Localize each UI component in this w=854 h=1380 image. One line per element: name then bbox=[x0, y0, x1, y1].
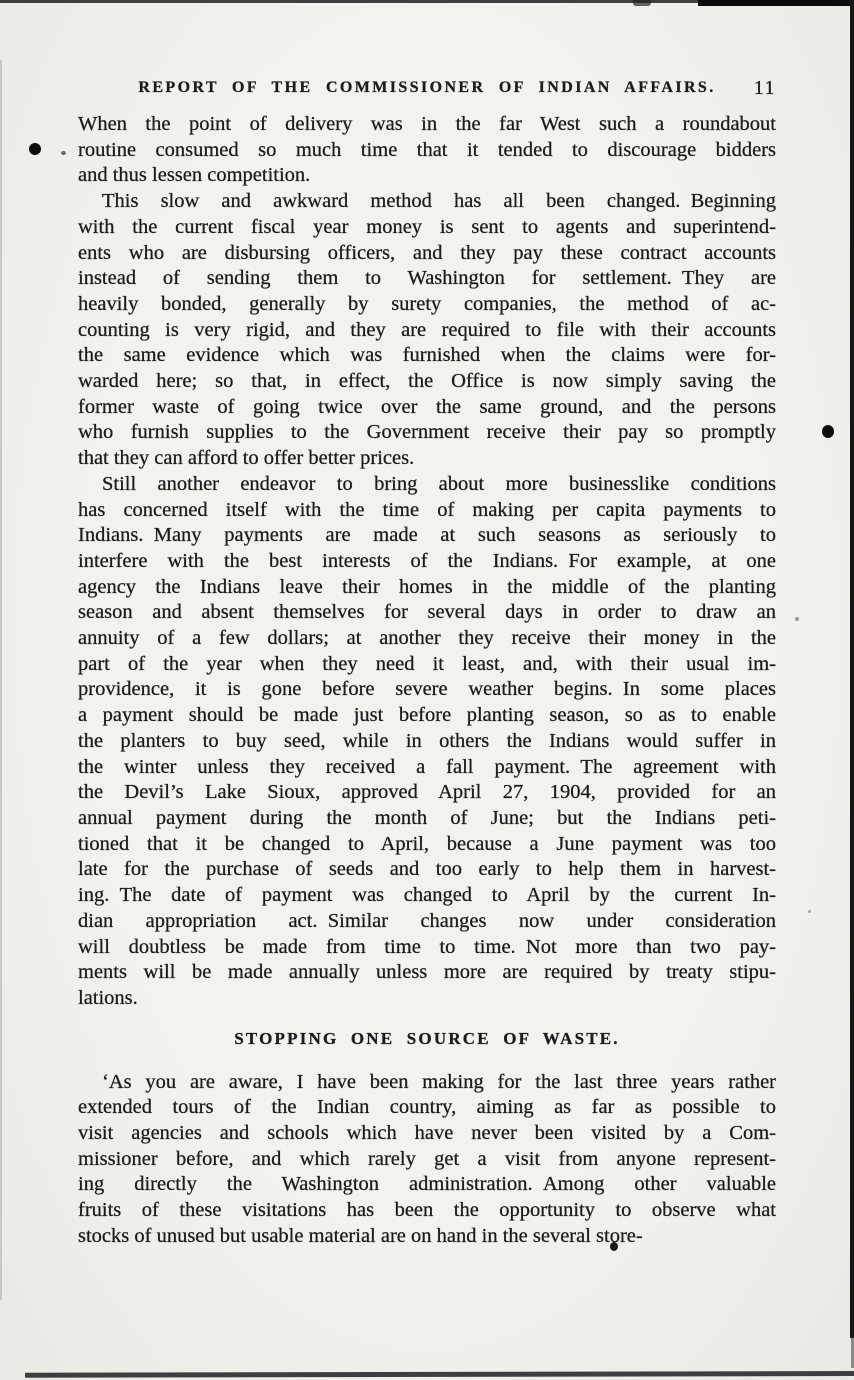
paragraph: ‘As you are aware, I have been making fo… bbox=[78, 1070, 776, 1250]
text-line: ing. The date of payment was changed to … bbox=[78, 883, 776, 909]
text-line: will doubtless be made from time to time… bbox=[78, 935, 776, 961]
text-line: ing directly the Washington administrati… bbox=[78, 1172, 776, 1198]
text-line: annual payment during the month of June;… bbox=[78, 806, 776, 832]
text-line: ents who are disbursing officers, and th… bbox=[78, 241, 776, 267]
text-line: the same evidence which was furnished wh… bbox=[78, 343, 776, 369]
text-line: the Devil’s Lake Sioux, approved April 2… bbox=[78, 780, 776, 806]
text-line: ‘As you are aware, I have been making fo… bbox=[78, 1070, 776, 1096]
text-line: Still another endeavor to bring about mo… bbox=[78, 472, 776, 498]
text-line: missioner before, and which rarely get a… bbox=[78, 1147, 776, 1173]
paragraph: Still another endeavor to bring about mo… bbox=[78, 472, 776, 1012]
scan-edge-top-right bbox=[698, 0, 854, 6]
text-line: the planters to buy seed, while in other… bbox=[78, 729, 776, 755]
text-line: season and absent themselves for several… bbox=[78, 600, 776, 626]
scan-edge-right bbox=[850, 0, 854, 1338]
text-line: a payment should be made just before pla… bbox=[78, 703, 776, 729]
text-line: heavily bonded, generally by surety comp… bbox=[78, 292, 776, 318]
text-line: and thus lessen competition. bbox=[78, 163, 776, 189]
text-line: that they can afford to offer better pri… bbox=[78, 446, 776, 472]
ink-spot bbox=[822, 425, 834, 438]
text-line: part of the year when they need it least… bbox=[78, 652, 776, 678]
page-number: 11 bbox=[754, 77, 776, 100]
ink-spot bbox=[61, 151, 66, 155]
text-line: interfere with the best interests of the… bbox=[78, 549, 776, 575]
text-line: providence, it is gone before severe wea… bbox=[78, 677, 776, 703]
text-line: visit agencies and schools which have ne… bbox=[78, 1121, 776, 1147]
paragraph: This slow and awkward method has all bee… bbox=[78, 189, 776, 472]
text-line: lations. bbox=[78, 986, 776, 1012]
text-line: counting is very rigid, and they are req… bbox=[78, 318, 776, 344]
ink-spot bbox=[808, 910, 811, 913]
ink-spot bbox=[795, 617, 799, 621]
ink-spot bbox=[29, 143, 41, 155]
text-line: stocks of unused but usable material are… bbox=[78, 1224, 776, 1250]
text-line: When the point of delivery was in the fa… bbox=[78, 112, 776, 138]
text-line: agency the Indians leave their homes in … bbox=[78, 575, 776, 601]
scan-edge-left bbox=[0, 60, 2, 1300]
text-line: with the current fiscal year money is se… bbox=[78, 215, 776, 241]
text-line: This slow and awkward method has all bee… bbox=[78, 189, 776, 215]
text-line: warded here; so that, in effect, the Off… bbox=[78, 369, 776, 395]
text-line: dian appropriation act. Similar changes … bbox=[78, 909, 776, 935]
running-header-title: REPORT OF THE COMMISSIONER OF INDIAN AFF… bbox=[78, 79, 776, 97]
scan-edge-mark bbox=[633, 0, 651, 6]
text-line: the winter unless they received a fall p… bbox=[78, 755, 776, 781]
running-header: REPORT OF THE COMMISSIONER OF INDIAN AFF… bbox=[78, 79, 776, 101]
text-line: former waste of going twice over the sam… bbox=[78, 395, 776, 421]
text-body: When the point of delivery was in the fa… bbox=[78, 112, 776, 1250]
scan-edge-bottom bbox=[25, 1371, 854, 1378]
text-line: fruits of these visitations has been the… bbox=[78, 1198, 776, 1224]
document-page: REPORT OF THE COMMISSIONER OF INDIAN AFF… bbox=[0, 0, 854, 1380]
text-line: has concerned itself with the time of ma… bbox=[78, 498, 776, 524]
text-line: tioned that it be changed to April, beca… bbox=[78, 832, 776, 858]
text-line: who furnish supplies to the Government r… bbox=[78, 420, 776, 446]
text-line: late for the purchase of seeds and too e… bbox=[78, 857, 776, 883]
text-line: extended tours of the Indian country, ai… bbox=[78, 1095, 776, 1121]
text-line: instead of sending them to Washington fo… bbox=[78, 266, 776, 292]
text-line: Indians. Many payments are made at such … bbox=[78, 523, 776, 549]
text-line: routine consumed so much time that it te… bbox=[78, 138, 776, 164]
section-heading: STOPPING ONE SOURCE OF WASTE. bbox=[78, 1028, 776, 1050]
text-line: ments will be made annually unless more … bbox=[78, 960, 776, 986]
text-line: annuity of a few dollars; at another the… bbox=[78, 626, 776, 652]
paragraph: When the point of delivery was in the fa… bbox=[78, 112, 776, 189]
